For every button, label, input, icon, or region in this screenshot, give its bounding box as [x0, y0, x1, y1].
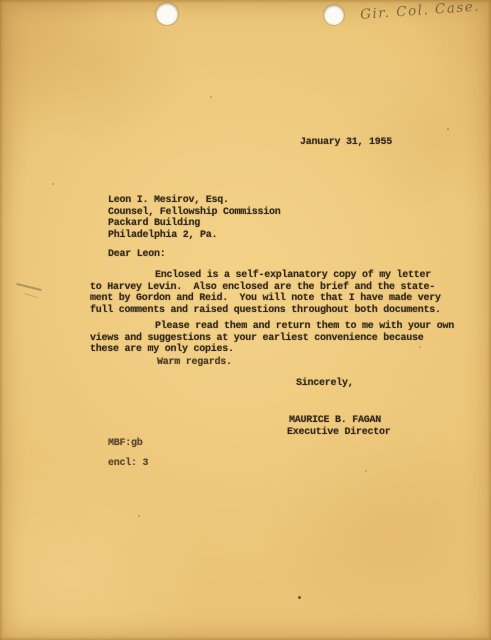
date-line: January 31, 1955: [300, 137, 392, 148]
scanned-letter-page: Gir. Col. Case. January 31, 1955 Leon I.…: [0, 0, 491, 640]
body-line: ment by Gordon and Reid. You will note t…: [90, 293, 441, 304]
paper-speck: [298, 596, 301, 599]
pencil-mark: [16, 283, 42, 291]
body-line: to Harvey Levin. Also enclosed are the b…: [90, 282, 435, 293]
body-line: Enclosed is a self-explanatory copy of m…: [155, 270, 431, 281]
paper-speck: [138, 515, 140, 517]
handwritten-annotation: Gir. Col. Case.: [360, 0, 491, 23]
punch-hole-right: [324, 5, 344, 25]
closing-line: Sincerely,: [296, 378, 354, 389]
paper-speck: [210, 96, 212, 98]
regards-line: Warm regards.: [157, 357, 232, 368]
recipient-city: Philadelphia 2, Pa.: [108, 230, 217, 241]
paper-speck: [447, 128, 449, 130]
pencil-mark: [24, 293, 38, 298]
body-line: full comments and raised questions throu…: [90, 305, 441, 316]
enclosure-note: encl: 3: [108, 458, 148, 469]
body-line: Please read them and return them to me w…: [155, 321, 454, 332]
recipient-building: Packard Building: [108, 218, 200, 229]
body-line: views and suggestions at your earliest c…: [90, 333, 424, 344]
paper-speck: [419, 346, 421, 348]
body-line: these are my only copies.: [90, 344, 234, 355]
paper-speck: [52, 183, 54, 185]
salutation: Dear Leon:: [108, 249, 166, 260]
reference-initials: MBF:gb: [108, 438, 143, 449]
punch-hole-left: [156, 3, 178, 25]
paper-speck: [365, 470, 367, 472]
signature-name: MAURICE B. FAGAN: [289, 415, 381, 426]
signature-title: Executive Director: [287, 427, 391, 438]
recipient-org: Counsel, Fellowship Commission: [108, 207, 281, 218]
recipient-name: Leon I. Mesirov, Esq.: [108, 195, 229, 206]
